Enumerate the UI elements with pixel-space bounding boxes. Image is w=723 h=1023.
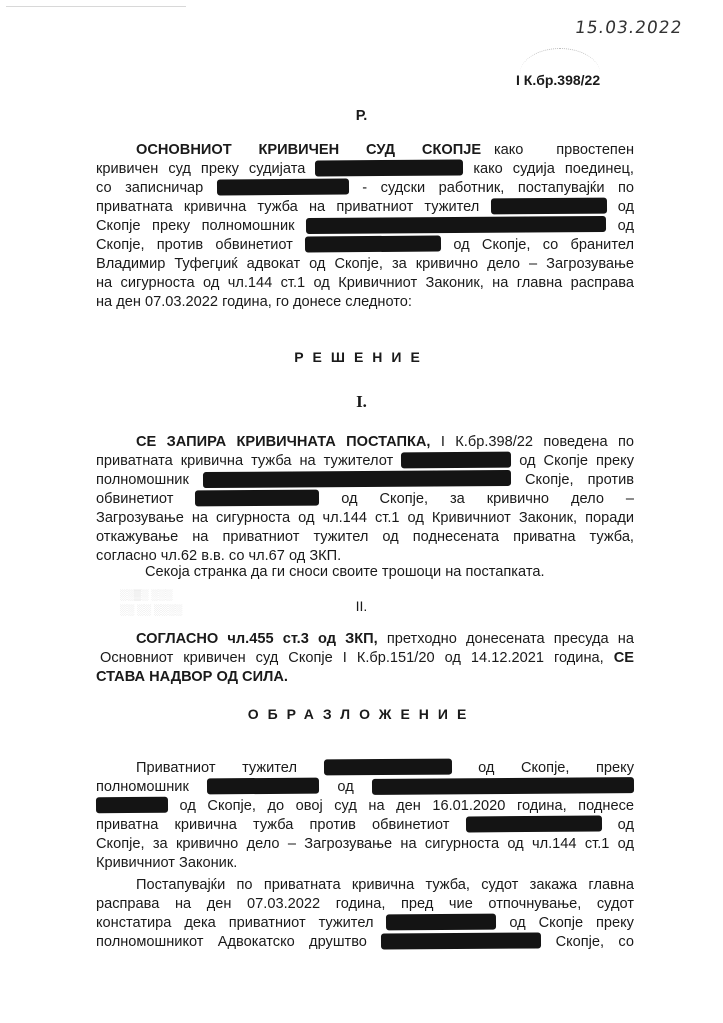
handwritten-date: 15.03.2022 — [574, 18, 684, 38]
section-2-heading: II. — [0, 598, 723, 614]
redaction — [465, 816, 601, 833]
reasoning-line-10: полномошникот Адвокатско друштво Скопје,… — [96, 933, 634, 952]
decision-line-2: приватната кривична тужба на тужителот о… — [96, 452, 634, 471]
reasoning-line-5: Скопје, за кривично дело – Загрозување н… — [96, 835, 634, 854]
redaction — [315, 159, 463, 176]
redaction — [401, 452, 511, 469]
intro-line-7: Владимир Туфегџиќ адвокат од Скопје, за … — [96, 255, 634, 274]
costs-line: Секоја странка да ги сноси своите трошоц… — [145, 563, 545, 582]
intro-line-1: ОСНОВНИОТ КРИВИЧЕН СУД СКОПЈЕ како прв­о… — [96, 141, 634, 160]
case-number: I К.бр.398/22 — [516, 72, 600, 88]
decision-line-5: Загрозување на сигурноста од чл.144 ст.1… — [96, 509, 634, 528]
reasoning-line-8: расправа на ден 07.03.2022 година, пред … — [96, 895, 634, 914]
redaction — [203, 470, 511, 488]
redaction — [386, 914, 496, 931]
redaction — [195, 490, 319, 507]
redaction — [381, 932, 541, 949]
decision-line-6: откажување на приватниот тужител од подн… — [96, 528, 634, 547]
reasoning-line-2: полномошник од — [96, 778, 634, 797]
heading-letter: Р. — [0, 108, 723, 124]
section-1-heading: I. — [0, 392, 723, 412]
reasoning-line-9: констатира дека приватниот тужител од Ск… — [96, 914, 634, 933]
intro-line-2: кривичен суд преку судијата како судија … — [96, 160, 634, 179]
reasoning-line-4: приватна кривична тужба против обвинетио… — [96, 816, 634, 835]
section2-line-2: Основниот кривичен суд Скопје I К.бр.151… — [100, 649, 634, 668]
reasoning-line-6: Кривичниот Законик. — [96, 854, 634, 873]
intro-line-5: Скопје преку полномошник од — [96, 217, 634, 236]
decision-line-4: обвинетиот од Скопје, за кривично дело – — [96, 490, 634, 509]
redaction — [207, 778, 319, 795]
decision-line-3: полномошник Скопје, против — [96, 471, 634, 490]
redaction — [323, 759, 451, 776]
section2-line-1: СОГЛАСНО чл.455 ст.3 од ЗКП, претходно д… — [96, 630, 634, 649]
intro-line-3: со записничар - судски работник, постапу… — [96, 179, 634, 198]
intro-line-6: Скопје, против обвинетиот од Скопје, со … — [96, 236, 634, 255]
decision-title: РЕШЕНИЕ — [0, 349, 723, 365]
reasoning-line-1: Приватниот тужител од Скопје, преку — [96, 759, 634, 778]
reasoning-line-3: од Скопје, до овој суд на ден 16.01.2020… — [96, 797, 634, 816]
decision-line-1: СЕ ЗАПИРА КРИВИЧНАТА ПОСТАПКА, I К.бр.39… — [96, 433, 634, 452]
redaction — [306, 216, 606, 234]
court-name: ОСНОВНИОТ КРИВИЧЕН СУД СКОПЈЕ — [136, 142, 481, 158]
redaction — [96, 797, 168, 814]
section2-line-3: СТАВА НАДВОР ОД СИЛА. — [96, 668, 634, 687]
redaction — [490, 198, 606, 215]
intro-line-8: на сигурноста од чл.144 ст.1 од Кривични… — [96, 274, 634, 293]
redaction — [217, 179, 349, 196]
reasoning-title: ОБРАЗЛОЖЕНИЕ — [0, 706, 723, 722]
reasoning-line-7: Постапувајќи по приватната кривична тужб… — [96, 876, 634, 895]
redaction — [372, 777, 634, 795]
scan-edge — [6, 6, 186, 7]
intro-line-4: приватната кривична тужба на приватниот … — [96, 198, 634, 217]
intro-line-9: на ден 07.03.2022 година, го донесе след… — [96, 293, 634, 312]
redaction — [305, 236, 441, 253]
